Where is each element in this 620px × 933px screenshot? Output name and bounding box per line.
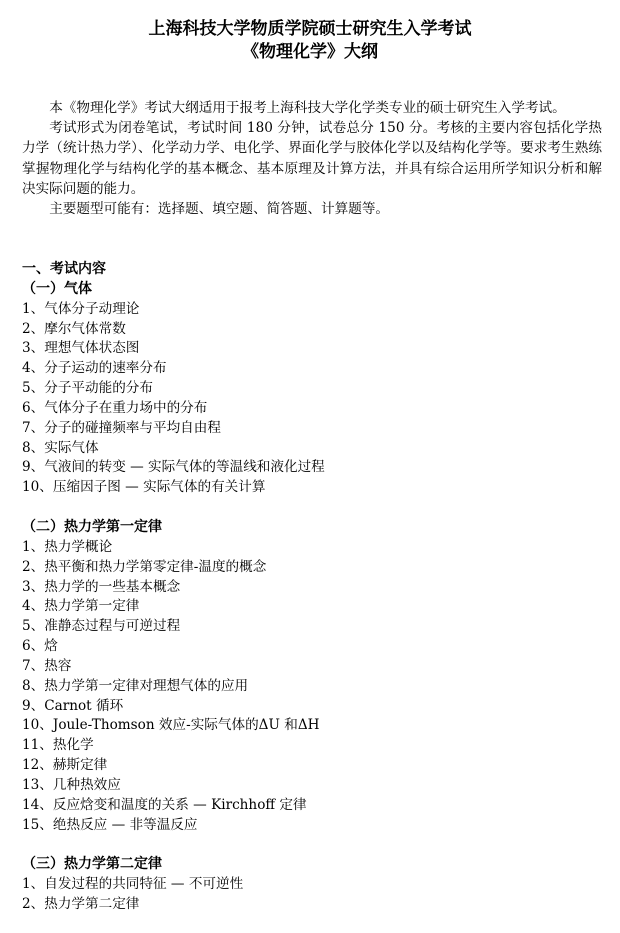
list-item: 7、热容	[22, 657, 602, 677]
list-item: 5、分子平动能的分布	[22, 379, 602, 399]
part-heading: 一、考试内容	[22, 260, 602, 280]
intro-section: 本《物理化学》考试大纲适用于报考上海科技大学化学类专业的硕士研究生入学考试。 考…	[22, 98, 602, 219]
list-item: 3、热力学的一些基本概念	[22, 578, 602, 598]
exam-content-outline: 一、考试内容 （一）气体 1、气体分子动理论 2、摩尔气体常数 3、理想气体状态…	[22, 260, 602, 915]
intro-paragraph-applicability: 本《物理化学》考试大纲适用于报考上海科技大学化学类专业的硕士研究生入学考试。	[22, 98, 602, 118]
list-item: 1、自发过程的共同特征 — 不可逆性	[22, 875, 602, 895]
list-item: 2、热力学第二定律	[22, 895, 602, 915]
list-item: 7、分子的碰撞频率与平均自由程	[22, 419, 602, 439]
list-item: 5、准静态过程与可逆过程	[22, 617, 602, 637]
list-item: 2、热平衡和热力学第零定律-温度的概念	[22, 558, 602, 578]
list-item: 11、热化学	[22, 736, 602, 756]
list-item: 6、焓	[22, 637, 602, 657]
list-item: 1、气体分子动理论	[22, 300, 602, 320]
list-item: 14、反应焓变和温度的关系 — Kirchhoff 定律	[22, 796, 602, 816]
title-line-1: 上海科技大学物质学院硕士研究生入学考试	[0, 18, 620, 41]
list-item: 8、热力学第一定律对理想气体的应用	[22, 677, 602, 697]
list-item: 13、几种热效应	[22, 776, 602, 796]
list-item: 8、实际气体	[22, 439, 602, 459]
section-second-law: （三）热力学第二定律 1、自发过程的共同特征 — 不可逆性 2、热力学第二定律	[22, 855, 602, 915]
section-gases: （一）气体 1、气体分子动理论 2、摩尔气体常数 3、理想气体状态图 4、分子运…	[22, 280, 602, 498]
list-item: 9、气液间的转变 — 实际气体的等温线和液化过程	[22, 458, 602, 478]
document-title: 上海科技大学物质学院硕士研究生入学考试 《物理化学》大纲	[0, 18, 620, 64]
list-item: 4、热力学第一定律	[22, 597, 602, 617]
section-first-law: （二）热力学第一定律 1、热力学概论 2、热平衡和热力学第零定律-温度的概念 3…	[22, 518, 602, 836]
section-heading: （二）热力学第一定律	[22, 518, 602, 538]
list-item: 1、热力学概论	[22, 538, 602, 558]
title-line-2: 《物理化学》大纲	[0, 41, 620, 64]
intro-paragraph-question-types: 主要题型可能有：选择题、填空题、简答题、计算题等。	[22, 199, 602, 219]
section-heading: （三）热力学第二定律	[22, 855, 602, 875]
list-item: 10、Joule-Thomson 效应-实际气体的ΔU 和ΔH	[22, 716, 602, 736]
document-page: 上海科技大学物质学院硕士研究生入学考试 《物理化学》大纲 本《物理化学》考试大纲…	[0, 0, 620, 933]
list-item: 9、Carnot 循环	[22, 697, 602, 717]
list-item: 3、理想气体状态图	[22, 339, 602, 359]
list-item: 12、赫斯定律	[22, 756, 602, 776]
list-item: 15、绝热反应 — 非等温反应	[22, 816, 602, 836]
list-item: 10、压缩因子图 — 实际气体的有关计算	[22, 478, 602, 498]
list-item: 6、气体分子在重力场中的分布	[22, 399, 602, 419]
list-item: 2、摩尔气体常数	[22, 320, 602, 340]
section-heading: （一）气体	[22, 280, 602, 300]
intro-paragraph-exam-format: 考试形式为闭卷笔试，考试时间 180 分钟，试卷总分 150 分。考核的主要内容…	[22, 118, 602, 199]
list-item: 4、分子运动的速率分布	[22, 359, 602, 379]
